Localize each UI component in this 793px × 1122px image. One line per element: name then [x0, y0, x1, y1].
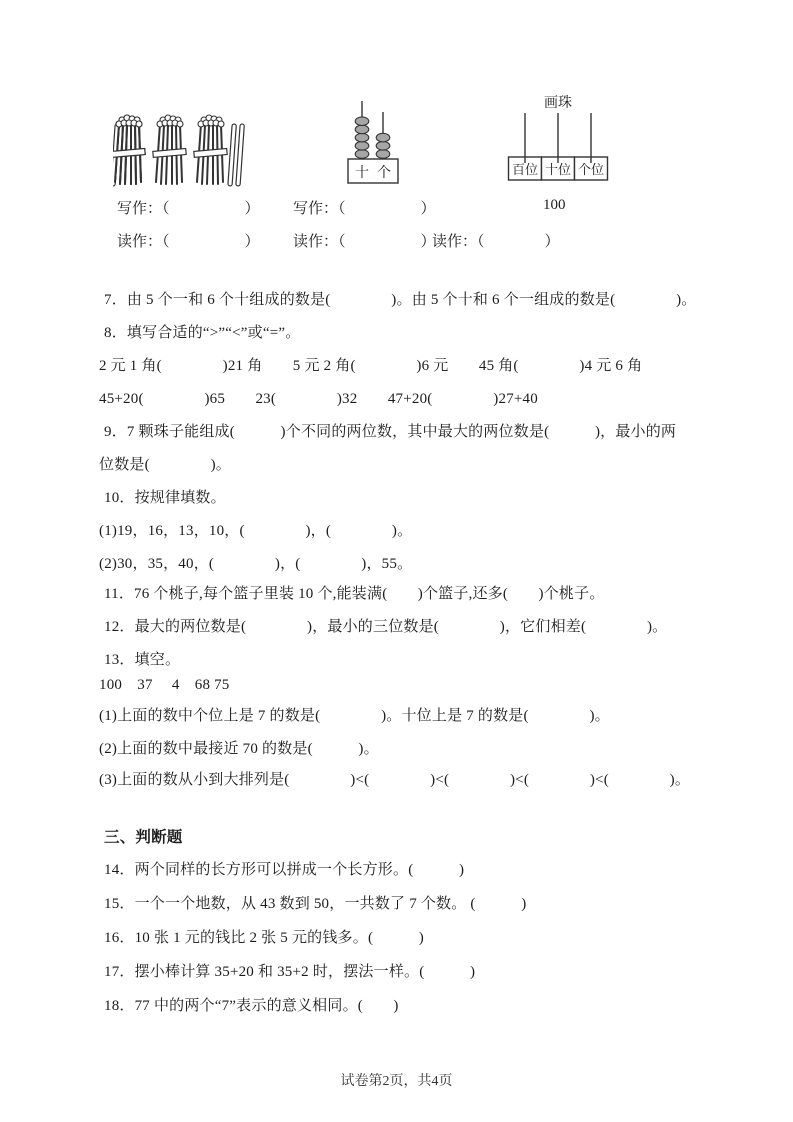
hundreds-label: 百位 — [512, 162, 538, 177]
question-13: 13．填空。 — [104, 650, 180, 670]
question-10-sub1: (1)19，16，13，10，( )，( )。 — [99, 521, 412, 541]
write-as-sticks: 写作：（ ） — [117, 197, 260, 218]
read-as-abacus: 读作：（ ） — [293, 230, 436, 251]
question-10-sub2: (2)30，35，40，( )，( )，55。 — [99, 554, 412, 574]
question-8-row2: 45+20( )65 23( )32 47+20( )27+40 — [99, 389, 538, 409]
read-as-chart: 读作：（ ） — [432, 230, 560, 251]
sticks-bundles-figure — [113, 110, 247, 196]
ones-label: 个位 — [578, 162, 604, 177]
question-15: 15．一个一个地数，从 43 数到 50，一共数了 7 个数。 ( ) — [104, 894, 526, 914]
question-9-line2: 位数是( )。 — [99, 455, 231, 475]
chart-value-100: 100 — [543, 197, 566, 214]
abacus-tens-label: 十 — [355, 165, 369, 181]
place-chart-title: 画珠 — [544, 94, 572, 111]
question-17: 17．摆小棒计算 35+20 和 35+2 时，摆法一样。( ) — [104, 962, 475, 982]
question-18: 18．77 中的两个“7”表示的意义相同。( ) — [104, 996, 399, 1016]
question-10: 10．按规律填数。 — [104, 488, 226, 508]
page-footer: 试卷第2页，共4页 — [0, 1070, 793, 1090]
question-13-sub1: (1)上面的数中个位上是 7 的数是( )。十位上是 7 的数是( )。 — [99, 706, 610, 726]
question-7: 7．由 5 个一和 6 个十组成的数是( )。由 5 个十和 6 个一组成的数是… — [104, 290, 696, 310]
question-8: 8．填写合适的“>”“<”或“=”。 — [104, 323, 300, 343]
question-14: 14．两个同样的长方形可以拼成一个长方形。( ) — [104, 860, 464, 880]
place-value-chart-figure: 画珠 百位 十位 个位 — [495, 93, 625, 191]
abacus-ones-beads — [376, 133, 390, 158]
question-8-row1: 2 元 1 角( )21 角 5 元 2 角( )6 元 45 角( )4 元 … — [99, 356, 642, 376]
question-13-sub2: (2)上面的数中最接近 70 的数是( )。 — [99, 739, 379, 759]
question-9-line1: 9．7 颗珠子能组成( )个不同的两位数，其中最大的两位数是( )，最小的两 — [104, 422, 676, 442]
tens-label: 十位 — [545, 162, 571, 177]
question-11: 11．76 个桃子,每个篮子里装 10 个,能装满( )个篮子,还多( )个桃子… — [104, 584, 605, 604]
section-3-heading: 三、判断题 — [104, 828, 183, 848]
read-as-sticks: 读作：（ ） — [117, 230, 260, 251]
abacus-figure: 十 个 — [343, 95, 423, 191]
abacus-tens-beads — [355, 117, 369, 158]
question-13-sub3: (3)上面的数从小到大排列是( )<( )<( )<( )<( )。 — [99, 770, 690, 790]
question-13-numbers: 100 37 4 68 75 — [99, 675, 230, 695]
abacus-ones-label: 个 — [377, 165, 391, 181]
question-16: 16．10 张 1 元的钱比 2 张 5 元的钱多。( ) — [104, 928, 424, 948]
write-as-abacus: 写作：（ ） — [293, 197, 436, 218]
question-12: 12．最大的两位数是( )，最小的三位数是( )，它们相差( )。 — [104, 617, 667, 637]
